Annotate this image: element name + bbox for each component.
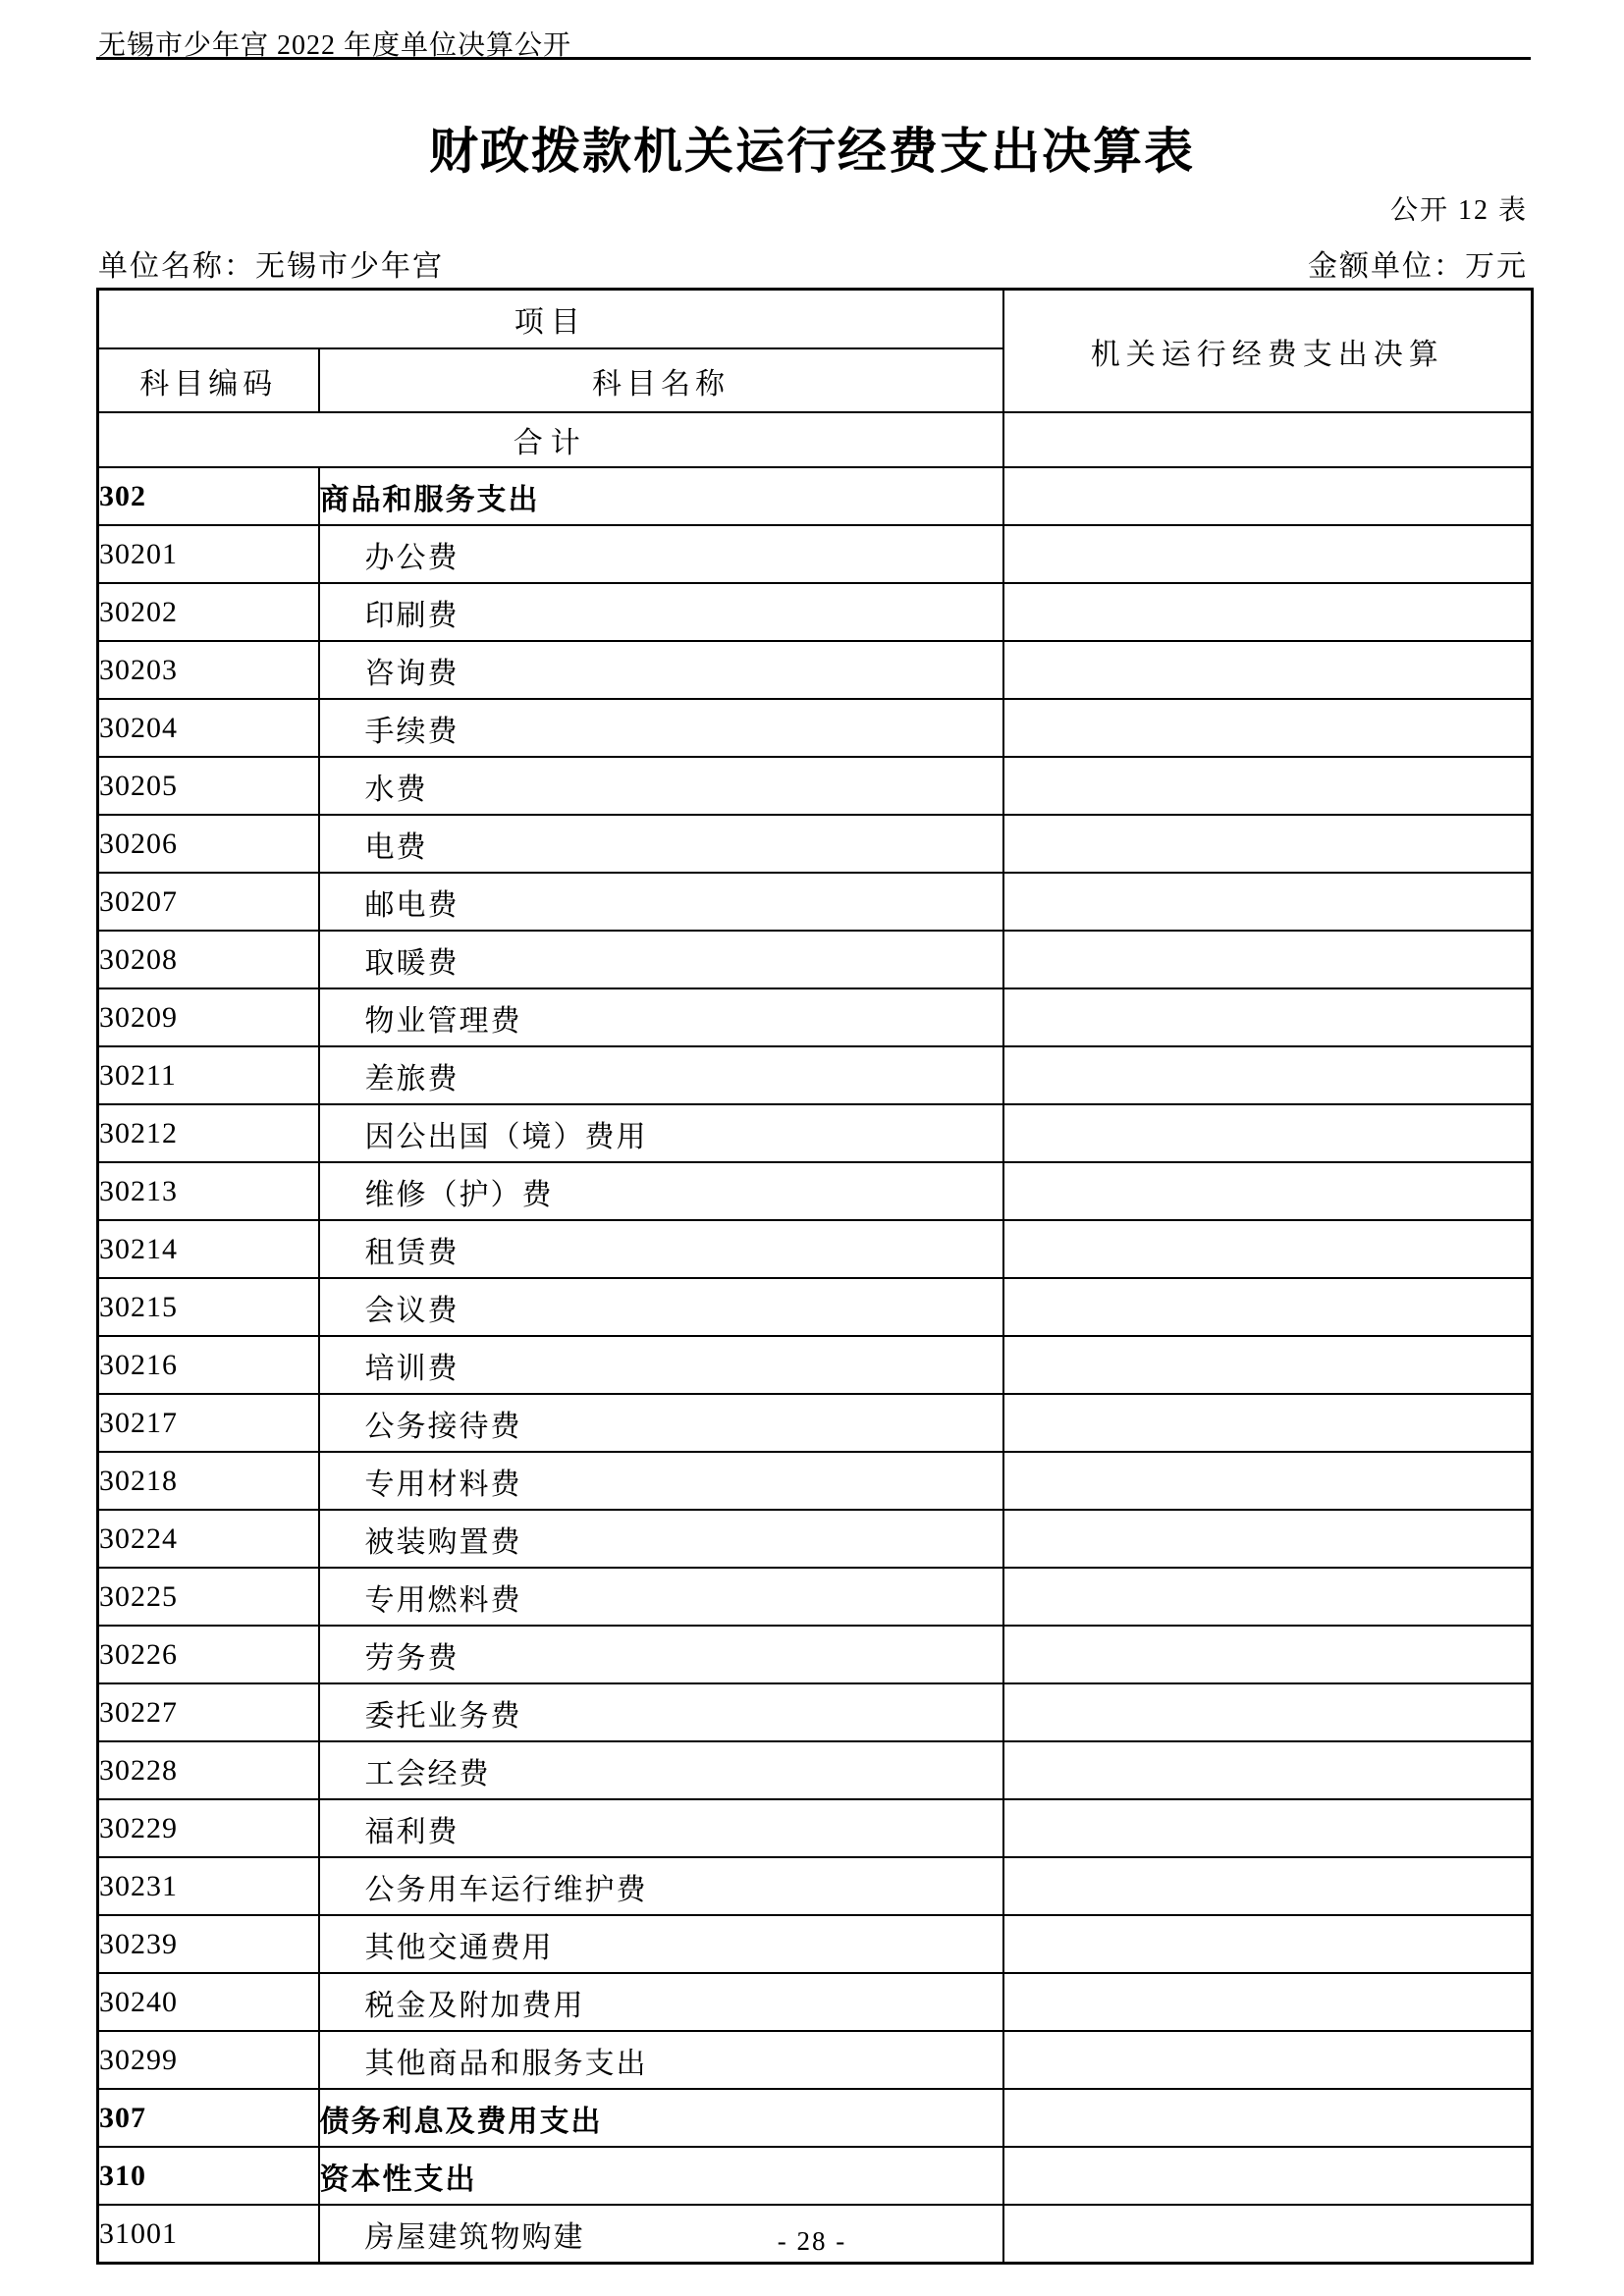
row-code: 30218: [98, 1452, 319, 1510]
row-code: 30299: [98, 2031, 319, 2089]
row-code: 30216: [98, 1336, 319, 1394]
row-value: [1003, 988, 1533, 1046]
table-row: 310资本性支出: [98, 2147, 1533, 2205]
row-code: 30207: [98, 873, 319, 931]
row-name: 商品和服务支出: [319, 467, 1003, 525]
row-code: 30217: [98, 1394, 319, 1452]
row-value: [1003, 931, 1533, 988]
row-value: [1003, 873, 1533, 931]
table-row: 30239其他交通费用: [98, 1915, 1533, 1973]
row-code: 30212: [98, 1104, 319, 1162]
expenditure-table: 项目 机关运行经费支出决算 科目编码 科目名称 合计 302商品和服务支出302…: [96, 288, 1534, 2265]
row-value: [1003, 1683, 1533, 1741]
row-code: 302: [98, 467, 319, 525]
table-row: 30211差旅费: [98, 1046, 1533, 1104]
row-value: [1003, 815, 1533, 873]
unit-name-label: 单位名称：无锡市少年宫: [98, 241, 444, 285]
document-page: 无锡市少年宫 2022 年度单位决算公开 财政拨款机关运行经费支出决算表 公开 …: [0, 0, 1624, 2296]
row-code: 30209: [98, 988, 319, 1046]
row-name: 电费: [319, 815, 1003, 873]
row-name: 维修（护）费: [319, 1162, 1003, 1220]
row-name: 因公出国（境）费用: [319, 1104, 1003, 1162]
row-code: 310: [98, 2147, 319, 2205]
table-row: 30218专用材料费: [98, 1452, 1533, 1510]
amount-unit-label: 金额单位：万元: [1308, 241, 1528, 285]
row-code: 30202: [98, 583, 319, 641]
row-value: [1003, 757, 1533, 815]
table-row: 30227委托业务费: [98, 1683, 1533, 1741]
row-name: 债务利息及费用支出: [319, 2089, 1003, 2147]
row-name: 办公费: [319, 525, 1003, 583]
row-value: [1003, 1278, 1533, 1336]
table-header-row-project: 项目 机关运行经费支出决算: [98, 290, 1533, 349]
table-row: 30229福利费: [98, 1799, 1533, 1857]
table-body: 合计 302商品和服务支出30201办公费30202印刷费30203咨询费302…: [98, 412, 1533, 2264]
row-name: 专用燃料费: [319, 1568, 1003, 1626]
row-value: [1003, 1394, 1533, 1452]
row-name: 取暖费: [319, 931, 1003, 988]
table-row: 30240税金及附加费用: [98, 1973, 1533, 2031]
page-number: - 28 -: [0, 2226, 1624, 2257]
table-row: 30203咨询费: [98, 641, 1533, 699]
row-code: 30213: [98, 1162, 319, 1220]
row-code: 30205: [98, 757, 319, 815]
row-name: 委托业务费: [319, 1683, 1003, 1741]
row-code: 30225: [98, 1568, 319, 1626]
row-name: 手续费: [319, 699, 1003, 757]
table-row: 30214租赁费: [98, 1220, 1533, 1278]
row-value: [1003, 1336, 1533, 1394]
table-row: 30205水费: [98, 757, 1533, 815]
row-name: 资本性支出: [319, 2147, 1003, 2205]
row-code: 30215: [98, 1278, 319, 1336]
row-value: [1003, 699, 1533, 757]
row-value: [1003, 583, 1533, 641]
row-name: 培训费: [319, 1336, 1003, 1394]
row-value: [1003, 1799, 1533, 1857]
row-code: 30227: [98, 1683, 319, 1741]
header-name: 科目名称: [319, 348, 1003, 412]
total-row-label: 合计: [98, 412, 1003, 467]
row-name: 劳务费: [319, 1626, 1003, 1683]
row-name: 印刷费: [319, 583, 1003, 641]
row-name: 专用材料费: [319, 1452, 1003, 1510]
row-code: 30239: [98, 1915, 319, 1973]
row-name: 其他交通费用: [319, 1915, 1003, 1973]
table-number: 公开 12 表: [1390, 188, 1528, 228]
table-row: 30202印刷费: [98, 583, 1533, 641]
row-name: 被装购置费: [319, 1510, 1003, 1568]
table-row: 30224被装购置费: [98, 1510, 1533, 1568]
table-row: 302商品和服务支出: [98, 467, 1533, 525]
row-name: 会议费: [319, 1278, 1003, 1336]
row-code: 30206: [98, 815, 319, 873]
row-code: 30204: [98, 699, 319, 757]
row-name: 其他商品和服务支出: [319, 2031, 1003, 2089]
row-name: 工会经费: [319, 1741, 1003, 1799]
row-code: 30203: [98, 641, 319, 699]
row-value: [1003, 1510, 1533, 1568]
row-value: [1003, 1104, 1533, 1162]
table-row: 30207邮电费: [98, 873, 1533, 931]
table-row: 30215会议费: [98, 1278, 1533, 1336]
header-value-column: 机关运行经费支出决算: [1003, 290, 1533, 413]
table-row: 30206电费: [98, 815, 1533, 873]
header-divider: [96, 57, 1531, 60]
table-row: 30299其他商品和服务支出: [98, 2031, 1533, 2089]
row-code: 307: [98, 2089, 319, 2147]
row-value: [1003, 525, 1533, 583]
row-value: [1003, 2031, 1533, 2089]
table-row: 30225专用燃料费: [98, 1568, 1533, 1626]
row-value: [1003, 1741, 1533, 1799]
table-row: 30209物业管理费: [98, 988, 1533, 1046]
row-value: [1003, 1857, 1533, 1915]
header-code: 科目编码: [98, 348, 319, 412]
row-code: 30228: [98, 1741, 319, 1799]
total-row-value: [1003, 412, 1533, 467]
table-row: 30226劳务费: [98, 1626, 1533, 1683]
table-row: 307债务利息及费用支出: [98, 2089, 1533, 2147]
row-value: [1003, 467, 1533, 525]
row-name: 物业管理费: [319, 988, 1003, 1046]
table-row: 30212因公出国（境）费用: [98, 1104, 1533, 1162]
table-row: 30231公务用车运行维护费: [98, 1857, 1533, 1915]
row-name: 公务用车运行维护费: [319, 1857, 1003, 1915]
row-value: [1003, 1452, 1533, 1510]
header-project: 项目: [98, 290, 1003, 349]
row-code: 30201: [98, 525, 319, 583]
row-code: 30229: [98, 1799, 319, 1857]
row-name: 咨询费: [319, 641, 1003, 699]
row-code: 30211: [98, 1046, 319, 1104]
table-row: 30216培训费: [98, 1336, 1533, 1394]
row-value: [1003, 1046, 1533, 1104]
row-code: 30208: [98, 931, 319, 988]
row-value: [1003, 641, 1533, 699]
table-row: 30217公务接待费: [98, 1394, 1533, 1452]
row-code: 30231: [98, 1857, 319, 1915]
row-name: 差旅费: [319, 1046, 1003, 1104]
row-name: 税金及附加费用: [319, 1973, 1003, 2031]
row-value: [1003, 1626, 1533, 1683]
table-row: 30228工会经费: [98, 1741, 1533, 1799]
row-value: [1003, 1162, 1533, 1220]
row-name: 租赁费: [319, 1220, 1003, 1278]
row-name: 福利费: [319, 1799, 1003, 1857]
row-code: 30226: [98, 1626, 319, 1683]
row-value: [1003, 1220, 1533, 1278]
row-value: [1003, 1568, 1533, 1626]
table-row: 30204手续费: [98, 699, 1533, 757]
table-meta-row: 单位名称：无锡市少年宫 金额单位：万元: [98, 241, 1528, 285]
row-value: [1003, 1915, 1533, 1973]
row-name: 公务接待费: [319, 1394, 1003, 1452]
row-name: 水费: [319, 757, 1003, 815]
row-value: [1003, 2147, 1533, 2205]
row-code: 30240: [98, 1973, 319, 2031]
row-code: 30214: [98, 1220, 319, 1278]
row-name: 邮电费: [319, 873, 1003, 931]
row-value: [1003, 2089, 1533, 2147]
total-row: 合计: [98, 412, 1533, 467]
table-row: 30201办公费: [98, 525, 1533, 583]
table-row: 30213维修（护）费: [98, 1162, 1533, 1220]
table-row: 30208取暖费: [98, 931, 1533, 988]
row-code: 30224: [98, 1510, 319, 1568]
row-value: [1003, 1973, 1533, 2031]
page-title: 财政拨款机关运行经费支出决算表: [0, 112, 1624, 183]
